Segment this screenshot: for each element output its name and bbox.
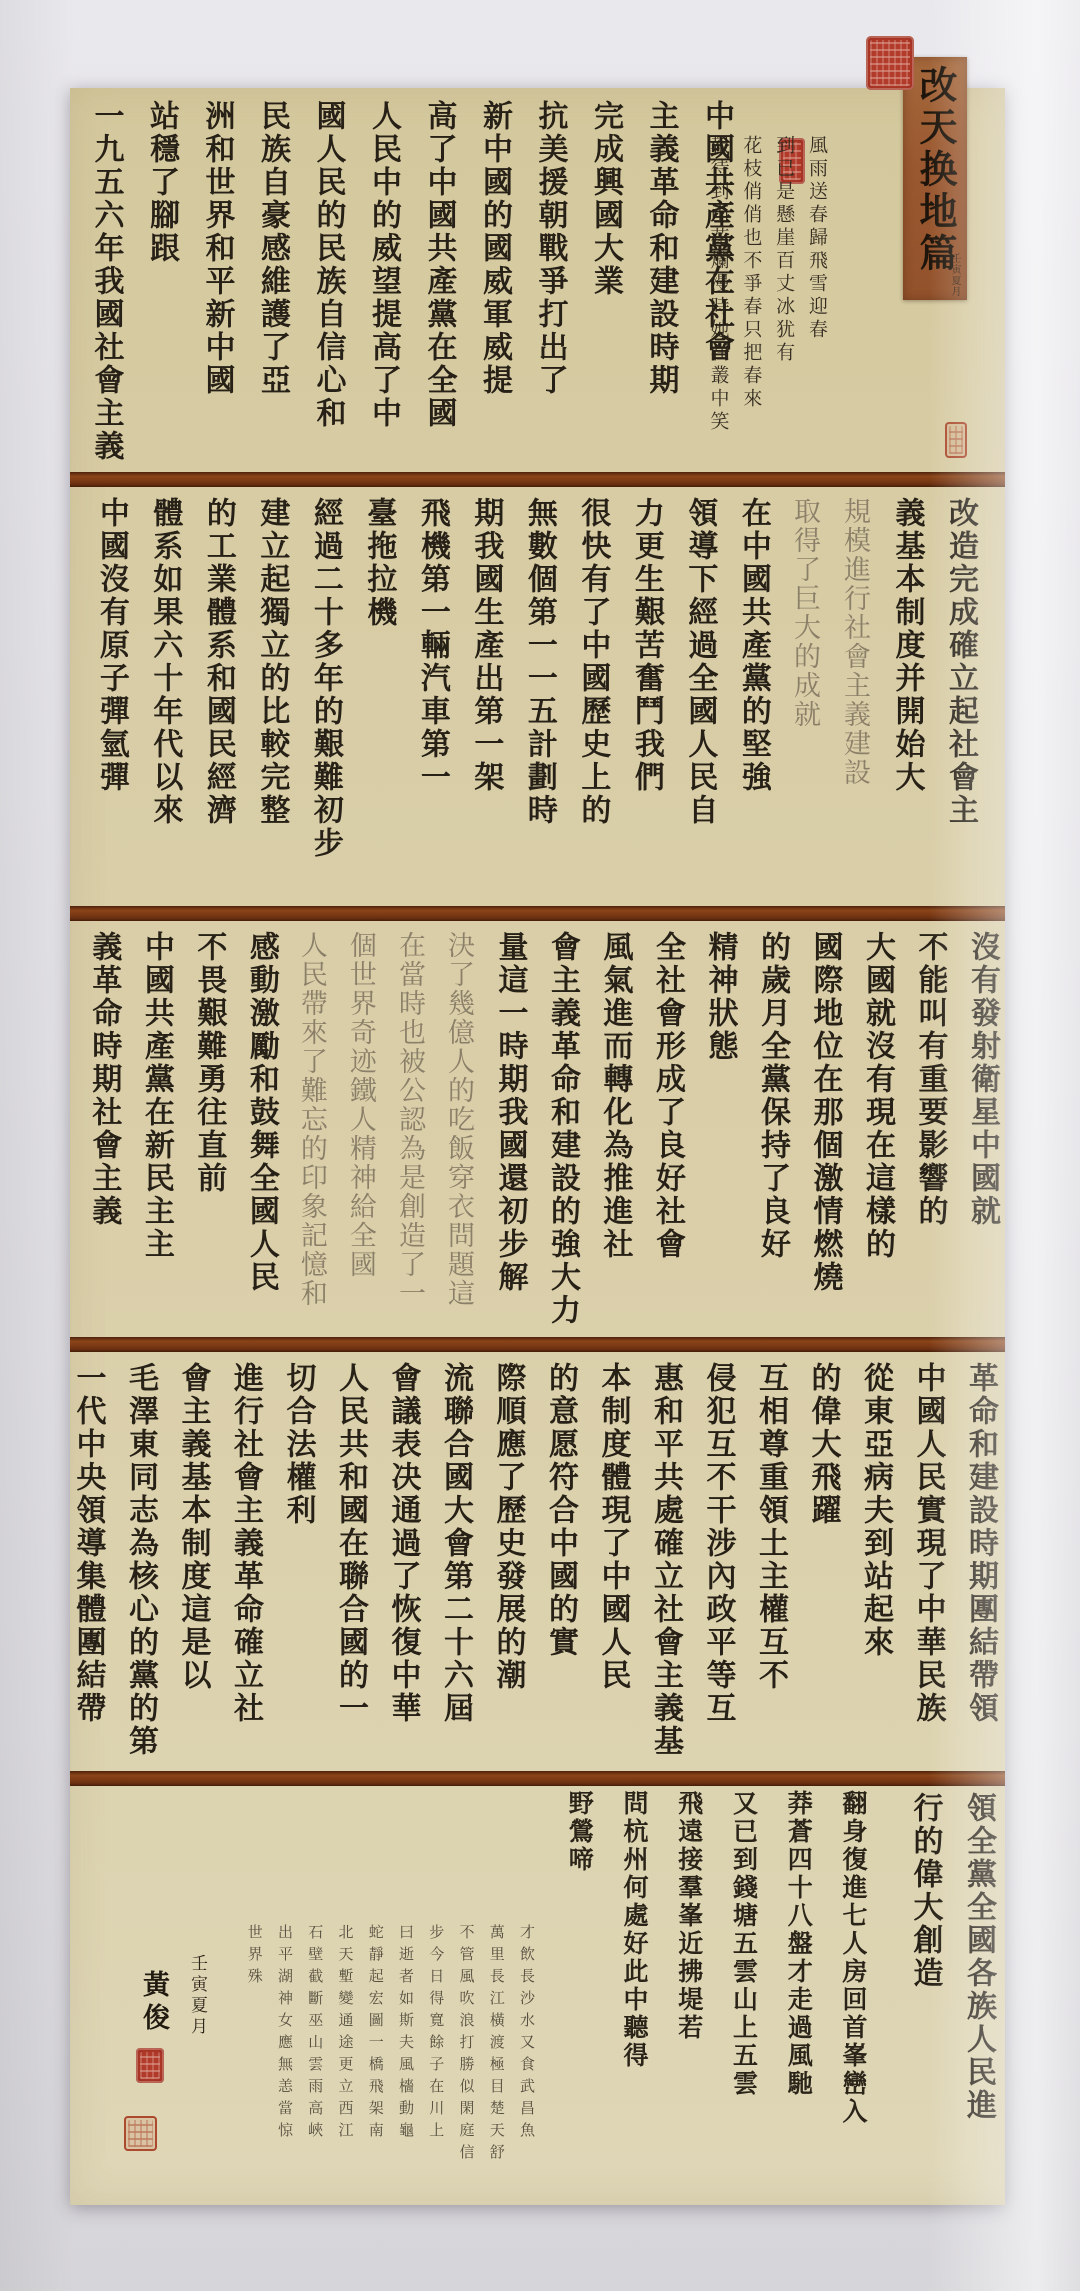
divider-band-2 <box>70 906 1005 921</box>
calligraphy-column: 問杭州何處好此中聽得 <box>619 1790 648 2070</box>
colophon-block: 才飲長沙水又食武昌魚萬里長江橫渡極目楚天舒不管風吹浪打勝似閑庭信步今日得寬餘子在… <box>246 1924 536 2166</box>
calligraphy-column: 互相尊重領土主權互不 <box>753 1362 788 1692</box>
calligraphy-column: 體系如果六十年代以來 <box>147 497 182 827</box>
signature-block: 壬寅夏月 黃俊 <box>134 1954 210 2038</box>
calligraphy-column: 行的偉大創造 <box>907 1792 942 1990</box>
panel-1-text-block: 中國共產黨在社會主義革命和建設時期完成興國大業抗美援朝戰爭打出了新中國的國威軍威… <box>88 100 733 463</box>
calligraphy-column: 量這一時期我國還初步解 <box>492 931 527 1294</box>
calligraphy-column: 領全黨全國各族人民進 <box>961 1792 996 2122</box>
calligraphy-column: 中國共產黨在新民主主 <box>138 931 173 1261</box>
calligraphy-column: 從東亞病夫到站起來 <box>858 1362 893 1659</box>
calligraphy-column: 才飲長沙水又食武昌魚 <box>518 1924 535 2144</box>
calligraphy-column: 不能叫有重要影響的 <box>912 931 947 1228</box>
calligraphy-column: 決了幾億人的吃飯穿衣問題這 <box>443 931 474 1308</box>
panel-4-text-block: 革命和建設時期團結帶領中國人民實現了中華民族從東亞病夫到站起來的偉大飛躍互相尊重… <box>70 1362 997 1758</box>
calligraphy-column: 翻身復進七人房回首峯巒入 <box>838 1790 867 2126</box>
calligraphy-column: 國際地位在那個激情燃燒 <box>807 931 842 1294</box>
calligraphy-column: 萬里長江橫渡極目楚天舒 <box>488 1924 505 2166</box>
panel-4: 革命和建設時期團結帶領中國人民實現了中華民族從東亞病夫到站起來的偉大飛躍互相尊重… <box>70 1352 1005 1771</box>
calligraphy-column: 出平湖神女應無恙當惊 <box>276 1924 293 2144</box>
calligraphy-column: 精神狀態 <box>702 931 737 1063</box>
calligraphy-column: 會議表决通過了恢復中華 <box>385 1362 420 1725</box>
panel-3-text-block: 沒有發射衛星中國就不能叫有重要影響的大國就沒有現在這樣的國際地位在那個激情燃燒的… <box>86 931 999 1327</box>
calligraphy-column: 曰逝者如斯夫風檣動龜 <box>397 1924 414 2144</box>
calligraphy-column: 主義革命和建設時期 <box>643 100 678 397</box>
calligraphy-column: 進行社會主義革命確立社 <box>228 1362 263 1725</box>
calligraphy-column: 會主義革命和建設的強大力 <box>545 931 580 1327</box>
calligraphy-column: 期我國生產出第一架 <box>468 497 503 794</box>
closing-poems-block: 翻身復進七人房回首峯巒入莽蒼四十八盤才走過風馳又已到錢塘五雲山上五雲飛遠接羣峯近… <box>565 1790 868 2126</box>
calligraphy-column: 站穩了腳跟 <box>144 100 179 265</box>
divider-band-4 <box>70 1771 1005 1786</box>
calligraphy-column: 革命和建設時期團結帶領 <box>963 1362 998 1725</box>
calligraphy-column: 經過二十多年的艱難初步 <box>307 497 342 860</box>
calligraphy-column: 取得了巨大的成就 <box>789 497 820 729</box>
calligraphy-column: 完成興國大業 <box>588 100 623 298</box>
calligraphy-column: 飛機第一輛汽車第一 <box>414 497 449 794</box>
calligraphy-column: 蛇靜起宏圖一橋飛架南 <box>367 1924 384 2144</box>
calligraphy-column: 會主義基本制度這是以 <box>175 1362 210 1692</box>
calligraphy-column: 又已到錢塘五雲山上五雲 <box>729 1790 758 2098</box>
calligraphy-column: 大國就沒有現在這樣的 <box>860 931 895 1261</box>
calligraphy-column: 惠和平共處確立社會主義基 <box>648 1362 683 1758</box>
calligraphy-column: 北天塹變通途更立西江 <box>336 1924 353 2144</box>
panel-2: 改造完成確立起社會主義基本制度并開始大規模進行社會主義建設取得了巨大的成就在中國… <box>70 487 1005 906</box>
calligraphy-column: 領導下經過全國人民自 <box>682 497 717 827</box>
calligraphy-column: 飛遠接羣峯近拂堤若 <box>674 1790 703 2042</box>
calligraphy-column: 國人民的民族自信心和 <box>310 100 345 430</box>
calligraphy-column: 民族自豪感維護了亞 <box>255 100 290 397</box>
calligraphy-column: 改造完成確立起社會主 <box>943 497 978 827</box>
calligraphy-column: 無數個第一一五計劃時 <box>521 497 556 827</box>
calligraphy-column: 規模進行社會主義建設 <box>839 497 870 787</box>
calligraphy-column: 步今日得寬餘子在川上 <box>427 1924 444 2144</box>
calligraphy-column: 野鶯啼 <box>565 1790 594 1874</box>
calligraphy-column: 本制度體現了中國人民 <box>595 1362 630 1692</box>
signature-date: 壬寅夏月 <box>185 1954 210 2038</box>
photo-of-calligraphy-scroll: 改天换地篇 壬寅夏月 風雨送春歸飛雪迎春到已是懸崖百丈冰犹有花枝俏俏也不爭春只把… <box>0 0 1080 2291</box>
calligraphy-column: 在當時也被公認為是創造了一 <box>394 931 425 1308</box>
panel-1: 風雨送春歸飛雪迎春到已是懸崖百丈冰犹有花枝俏俏也不爭春只把春來報待到山花爛漫時她… <box>70 88 1005 472</box>
calligraphy-column: 的意愿符合中國的實 <box>543 1362 578 1659</box>
calligraphy-sheet: 改天换地篇 壬寅夏月 風雨送春歸飛雪迎春到已是懸崖百丈冰犹有花枝俏俏也不爭春只把… <box>70 88 1005 2205</box>
calligraphy-column: 石壁截斷巫山雲雨高峽 <box>306 1924 323 2144</box>
panel-3: 沒有發射衛星中國就不能叫有重要影響的大國就沒有現在這樣的國際地位在那個激情燃燒的… <box>70 921 1005 1337</box>
calligraphy-column: 洲和世界和平新中國 <box>199 100 234 397</box>
calligraphy-column: 義基本制度并開始大 <box>889 497 924 794</box>
calligraphy-column: 全社會形成了良好社會 <box>650 931 685 1261</box>
calligraphy-column: 花枝俏俏也不爭春只把春來 <box>739 135 761 411</box>
panel-5-text-block: 領全黨全國各族人民進行的偉大創造 <box>907 1792 995 2122</box>
calligraphy-column: 臺拖拉機 <box>361 497 396 629</box>
calligraphy-column: 一代中央領導集體團結帶 <box>70 1362 105 1725</box>
divider-band-3 <box>70 1337 1005 1352</box>
calligraphy-column: 的歲月全黨保持了良好 <box>755 931 790 1261</box>
calligraphy-column: 毛澤東同志為核心的黨的第 <box>123 1362 158 1758</box>
calligraphy-column: 的偉大飛躍 <box>805 1362 840 1527</box>
calligraphy-column: 在中國共產黨的堅強 <box>735 497 770 794</box>
calligraphy-column: 抗美援朝戰爭打出了 <box>532 100 567 397</box>
calligraphy-column: 侵犯互不干涉內政平等互 <box>700 1362 735 1725</box>
calligraphy-column: 中國共產黨在社會 <box>699 100 734 364</box>
calligraphy-column: 建立起獨立的比較完整 <box>254 497 289 827</box>
calligraphy-column: 義革命時期社會主義 <box>86 931 121 1228</box>
calligraphy-column: 沒有發射衛星中國就 <box>965 931 1000 1228</box>
calligraphy-column: 到已是懸崖百丈冰犹有 <box>772 135 794 365</box>
calligraphy-column: 高了中國共產黨在全國 <box>421 100 456 430</box>
calligraphy-column: 的工業體系和國民經濟 <box>200 497 235 827</box>
panel-5: 領全黨全國各族人民進行的偉大創造 翻身復進七人房回首峯巒入莽蒼四十八盤才走過風馳… <box>70 1786 1005 2205</box>
calligraphy-column: 流聯合國大會第二十六屆 <box>438 1362 473 1725</box>
calligraphy-column: 力更生艱苦奮鬥我們 <box>628 497 663 794</box>
calligraphy-column: 中國人民實現了中華民族 <box>910 1362 945 1725</box>
calligraphy-column: 感動激勵和鼓舞全國人民 <box>243 931 278 1294</box>
calligraphy-column: 風雨送春歸飛雪迎春 <box>805 135 827 342</box>
calligraphy-column: 風氣進而轉化為推進社 <box>597 931 632 1261</box>
header-seal-icon <box>866 36 914 90</box>
calligraphy-column: 新中國的國威軍威提 <box>477 100 512 397</box>
panel-2-text-block: 改造完成確立起社會主義基本制度并開始大規模進行社會主義建設取得了巨大的成就在中國… <box>93 497 977 860</box>
calligraphy-column: 莽蒼四十八盤才走過風馳 <box>784 1790 813 2098</box>
calligraphy-column: 不畏艱難勇往直前 <box>191 931 226 1195</box>
calligraphy-column: 切合法權利 <box>280 1362 315 1527</box>
calligraphy-column: 人民帶來了難忘的印象記憶和 <box>296 931 327 1308</box>
calligraphy-column: 人民共和國在聯合國的一 <box>333 1362 368 1725</box>
artist-name-seal-icon <box>136 2048 164 2083</box>
calligraphy-column: 人民中的威望提高了中 <box>366 100 401 430</box>
calligraphy-column: 世界殊 <box>246 1924 263 1990</box>
signature-name: 黃俊 <box>134 1970 173 2038</box>
calligraphy-column: 很快有了中國歷史上的 <box>575 497 610 827</box>
calligraphy-column: 不管風吹浪打勝似閑庭信 <box>457 1924 474 2166</box>
artist-leisure-seal-icon <box>124 2116 157 2151</box>
divider-band-1 <box>70 472 1005 487</box>
calligraphy-column: 中國沒有原子彈氫彈 <box>93 497 128 794</box>
calligraphy-column: 際順應了歷史發展的潮 <box>490 1362 525 1692</box>
calligraphy-column: 一九五六年我國社會主義 <box>88 100 123 463</box>
calligraphy-column: 個世界奇迹鐵人精神給全國 <box>345 931 376 1279</box>
